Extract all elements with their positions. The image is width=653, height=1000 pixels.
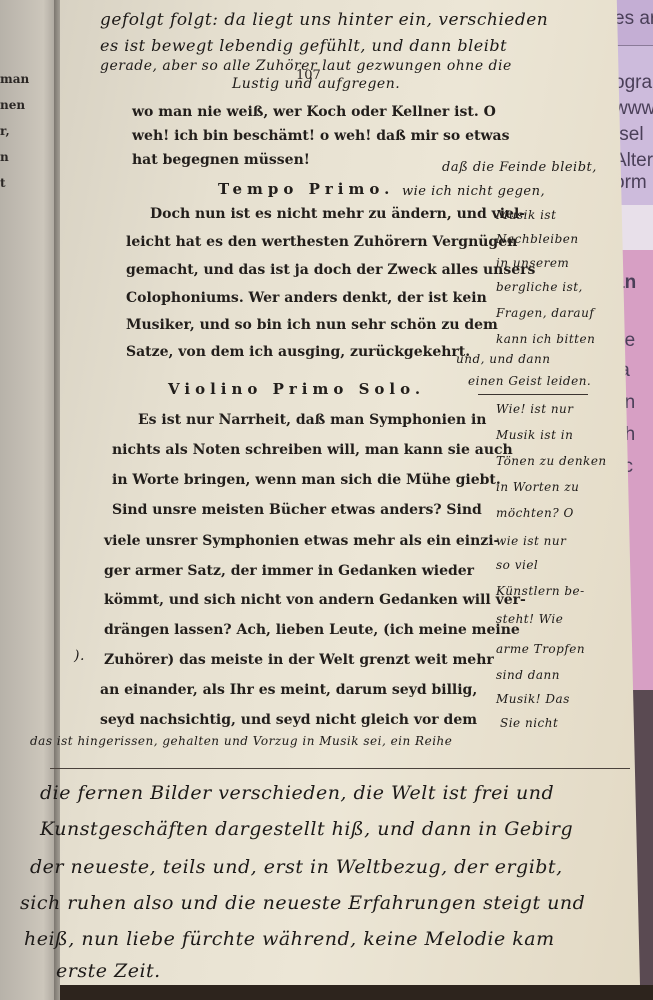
- margin-note: Fragen, darauf: [496, 306, 594, 320]
- printed-line: Musiker, und so bin ich nun sehr schön z…: [126, 317, 498, 333]
- margin-note: arme Tropfen: [496, 642, 585, 656]
- margin-note: steht! Wie: [496, 612, 563, 626]
- printed-line: viele unsrer Symphonien etwas mehr als e…: [104, 533, 499, 549]
- left-page-text: t: [0, 176, 6, 190]
- margin-note: daß die Feinde bleibt,: [442, 160, 597, 175]
- section-heading: Tempo Primo.: [218, 180, 394, 198]
- printed-line: Sind unsre meisten Bücher etwas anders? …: [112, 502, 482, 518]
- printed-line: Es ist nur Narrheit, daß man Symphonien …: [138, 412, 486, 428]
- margin-note: Tönen zu denken: [496, 454, 607, 468]
- margin-note: so viel: [496, 558, 538, 572]
- handwritten-note: Kunstgeschäften dargestellt hiß, und dan…: [40, 818, 573, 840]
- margin-note: wie ist nur: [496, 534, 566, 548]
- printed-line: gemacht, und das ist ja doch der Zweck a…: [126, 262, 535, 278]
- handwritten-note: Lustig und aufgregen.: [232, 76, 400, 92]
- margin-note: Musik ist: [496, 208, 556, 222]
- printed-line: drängen lassen? Ach, lieben Leute, (ich …: [104, 622, 520, 638]
- margin-mark: ).: [74, 648, 85, 664]
- margin-note: Wie! ist nur: [496, 402, 574, 416]
- inline-handwritten-note: das ist hingerissen, gehalten und Vorzug…: [30, 734, 452, 748]
- printed-line: ger armer Satz, der immer in Gedanken wi…: [104, 563, 474, 579]
- left-facing-page: man nen r, n t: [0, 0, 62, 1000]
- margin-note: und, und dann: [456, 352, 551, 366]
- printed-line: Colophoniums. Wer anders denkt, der ist …: [126, 290, 487, 306]
- margin-divider: [478, 394, 588, 395]
- printed-line: weh! ich bin beschämt! o weh! daß mir so…: [132, 128, 509, 144]
- margin-note: Nachbleiben: [496, 232, 579, 246]
- screen-text: www: [614, 98, 653, 120]
- margin-note: sind dann: [496, 668, 560, 682]
- handwritten-note: der neueste, teils und, erst in Weltbezu…: [30, 856, 563, 878]
- printed-line: seyd nachsichtig, und seyd nicht gleich …: [100, 712, 477, 728]
- printed-line: kömmt, und sich nicht von andern Gedanke…: [104, 592, 526, 608]
- handwritten-note: die fernen Bilder verschieden, die Welt …: [40, 782, 554, 804]
- page-bottom-edge: [60, 985, 653, 1000]
- margin-note: möchten? O: [496, 506, 574, 520]
- section-heading: Violino Primo Solo.: [168, 380, 425, 398]
- left-page-text: man: [0, 72, 29, 86]
- printed-line: leicht hat es den werthesten Zuhörern Ve…: [126, 234, 517, 250]
- margin-note: in Worten zu: [496, 480, 579, 494]
- margin-note: in unserem: [496, 256, 569, 270]
- handwritten-note: erste Zeit.: [56, 960, 161, 982]
- screen-text: ograp: [614, 72, 653, 94]
- screen-text: es ar: [614, 8, 653, 30]
- printed-line: nichts als Noten schreiben will, man kan…: [112, 442, 513, 458]
- margin-note: Musik ist in: [496, 428, 573, 442]
- left-page-text: n: [0, 150, 9, 164]
- printed-line: hat begegnen müssen!: [132, 152, 310, 168]
- margin-note: Sie nicht: [500, 716, 558, 730]
- printed-line: wo man nie weiß, wer Koch oder Kellner i…: [132, 104, 496, 120]
- printed-line: Doch nun ist es nicht mehr zu ändern, un…: [150, 206, 525, 222]
- margin-note: einen Geist leiden.: [468, 374, 591, 388]
- margin-note: Künstlern be-: [496, 584, 585, 598]
- printed-line: in Worte bringen, wenn man sich die Mühe…: [112, 472, 501, 488]
- handwritten-note: heiß, nun liebe fürchte während, keine M…: [24, 928, 555, 950]
- margin-note: Musik! Das: [496, 692, 570, 706]
- printed-line: Zuhörer) das meiste in der Welt grenzt w…: [104, 652, 494, 668]
- margin-note: wie ich nicht gegen,: [402, 184, 545, 199]
- left-page-text: r,: [0, 124, 10, 138]
- printed-line: Satze, von dem ich ausging, zurückgekehr…: [126, 344, 470, 360]
- handwritten-note: sich ruhen also und die neueste Erfahrun…: [20, 892, 585, 914]
- margin-note: kann ich bitten: [496, 332, 595, 346]
- left-page-text: nen: [0, 98, 25, 112]
- note-divider: [50, 768, 630, 769]
- margin-note: bergliche ist,: [496, 280, 583, 294]
- handwritten-note: es ist bewegt lebendig gefühlt, und dann…: [100, 36, 507, 55]
- printed-line: an einander, als Ihr es meint, darum sey…: [100, 682, 477, 698]
- handwritten-note: gefolgt folgt: da liegt uns hinter ein, …: [100, 10, 548, 30]
